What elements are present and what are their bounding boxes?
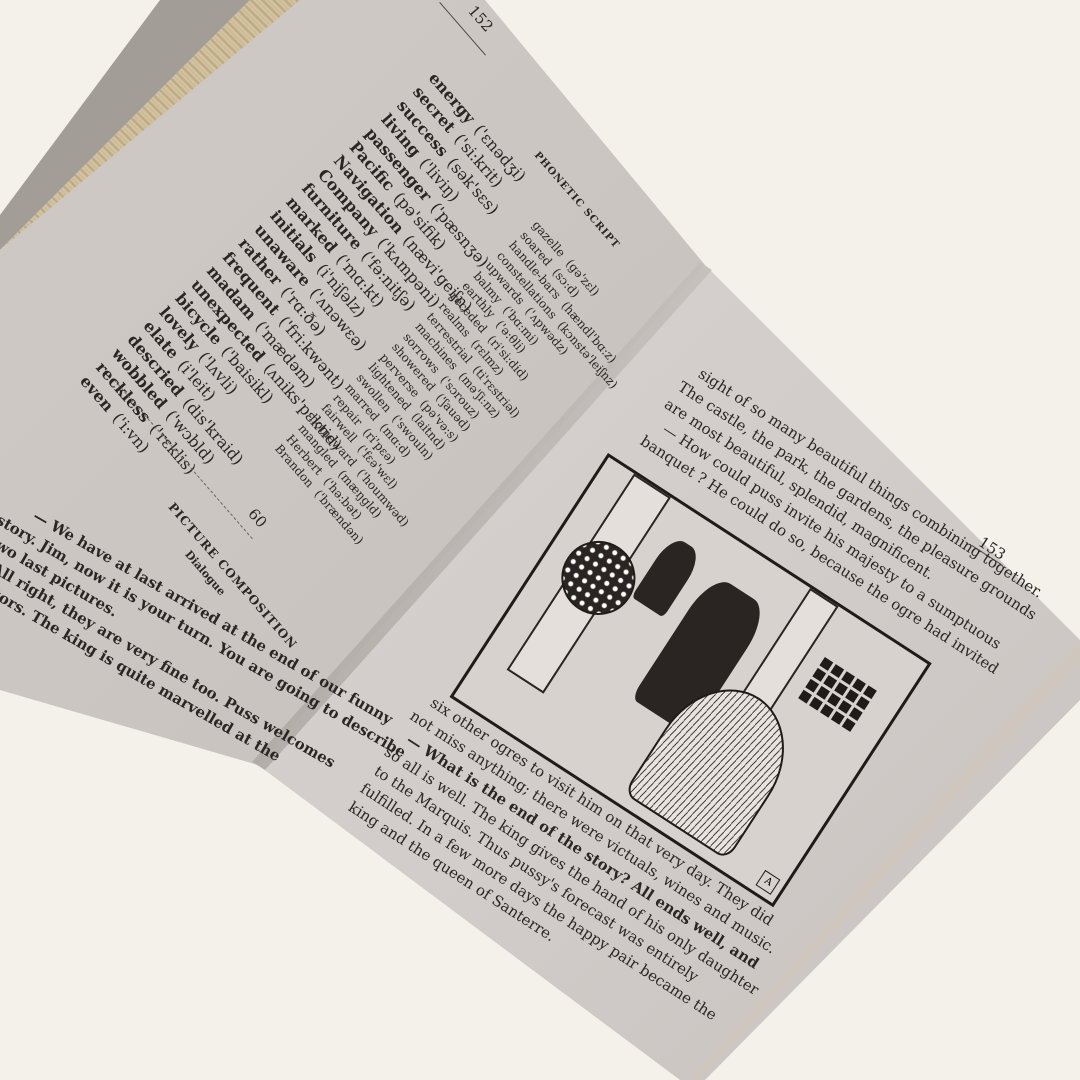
book-photo: 152 PHONETIC SCRIPT energy('ɛnədʒi) secr… — [0, 0, 1080, 1080]
illustrator-signature: A — [755, 870, 780, 895]
palace-window — [798, 657, 877, 732]
